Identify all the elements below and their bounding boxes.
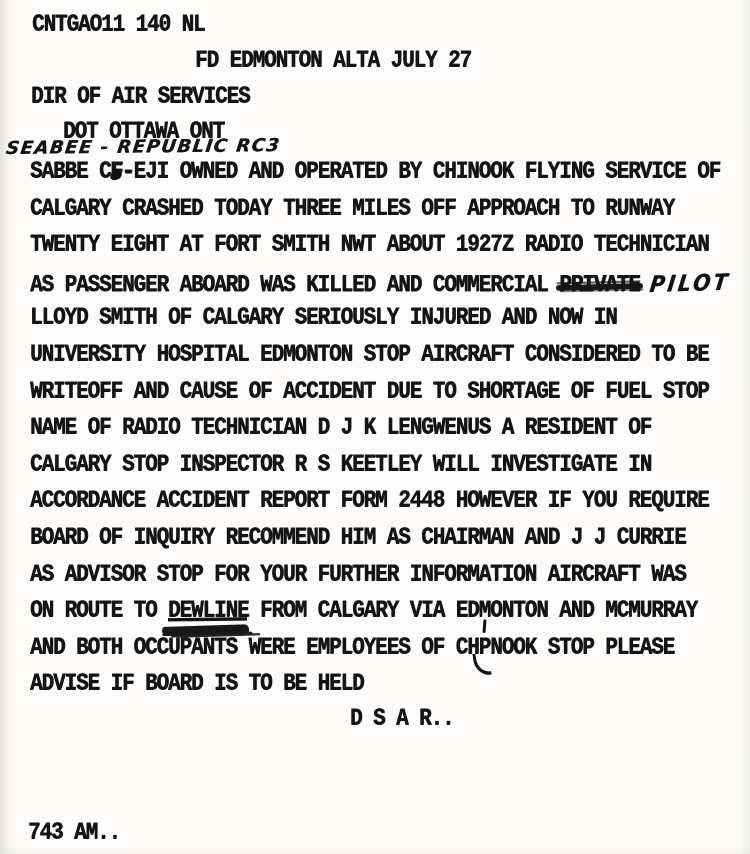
typed-text: ACCORDANCE ACCIDENT REPORT FORM 2448 HOW… — [30, 489, 709, 515]
typed-text: TWENTY EIGHT AT FORT SMITH NWT ABOUT 192… — [30, 232, 709, 258]
corrected-character: P — [479, 635, 491, 661]
typed-text: SABBE C — [30, 159, 111, 185]
typed-text: BOARD OF INQUIRY RECOMMEND HIM AS CHAIRM… — [30, 525, 686, 551]
typed-text: WRITEOFF AND CAUSE OF ACCIDENT DUE TO SH… — [30, 379, 709, 405]
typed-text: CALGARY STOP INSPECTOR R S KEETLEY WILL … — [30, 452, 651, 478]
body-line: ON ROUTE TO DEWLINE FROM CALGARY VIA EDM… — [30, 592, 730, 634]
body-line: ACCORDANCE ACCIDENT REPORT FORM 2448 HOW… — [30, 482, 730, 524]
telegram-dateline: FD EDMONTON ALTA JULY 27 — [195, 48, 471, 75]
typed-text: AS PASSENGER ABOARD WAS KILLED AND COMME… — [30, 272, 559, 298]
typed-text: CALGARY CRASHED TODAY THREE MILES OFF AP… — [30, 196, 674, 222]
body-line: BOARD OF INQUIRY RECOMMEND HIM AS CHAIRM… — [30, 518, 730, 560]
body-line: SABBE CF-EJI OWNED AND OPERATED BY CHINO… — [30, 152, 730, 194]
telegram-signature: D S A R.. — [350, 706, 454, 733]
handwritten-overwrite: F- — [111, 159, 134, 185]
typed-text: ADVISE IF BOARD IS TO BE HELD — [30, 672, 364, 698]
telegram-header-code: CNTGAO11 140 NL — [32, 12, 205, 39]
scribble-underlined-word: DEWLINE — [168, 598, 249, 624]
typed-text: AND BOTH OCCUPANTS WERE EMPLOYEES OF CH — [30, 635, 479, 661]
typed-text: NAME OF RADIO TECHNICIAN D J K LENGWENUS… — [30, 415, 651, 441]
body-line: UNIVERSITY HOSPITAL EDMONTON STOP AIRCRA… — [30, 335, 730, 377]
body-line: AS ADVISOR STOP FOR YOUR FURTHER INFORMA… — [30, 555, 730, 597]
struck-out-word: PRIVATE — [559, 272, 640, 298]
typed-text: EJI OWNED AND OPERATED BY CHINOOK FLYING… — [134, 159, 721, 185]
typed-text: ON ROUTE TO — [30, 598, 168, 624]
body-line: LLOYD SMITH OF CALGARY SERIOUSLY INJURED… — [30, 299, 730, 341]
telegram-time-note: 743 AM.. — [28, 820, 120, 847]
typed-text: AS ADVISOR STOP FOR YOUR FURTHER INFORMA… — [30, 562, 686, 588]
body-line: ADVISE IF BOARD IS TO BE HELD — [30, 665, 730, 707]
telegram-recipient: DIR OF AIR SERVICES — [31, 84, 250, 111]
typed-text: FROM CALGARY VIA EDMONTON AND MCMURRAY — [249, 598, 698, 624]
typed-text: LLOYD SMITH OF CALGARY SERIOUSLY INJURED… — [30, 306, 617, 332]
telegram-scan: CNTGAO11 140 NL FD EDMONTON ALTA JULY 27… — [0, 0, 750, 854]
body-line: NAME OF RADIO TECHNICIAN D J K LENGWENUS… — [30, 409, 730, 451]
typed-text: UNIVERSITY HOSPITAL EDMONTON STOP AIRCRA… — [30, 342, 709, 368]
typed-text: NOOK STOP PLEASE — [490, 635, 674, 661]
telegram-body: SABBE CF-EJI OWNED AND OPERATED BY CHINO… — [30, 155, 730, 704]
body-line: TWENTY EIGHT AT FORT SMITH NWT ABOUT 192… — [30, 226, 730, 268]
